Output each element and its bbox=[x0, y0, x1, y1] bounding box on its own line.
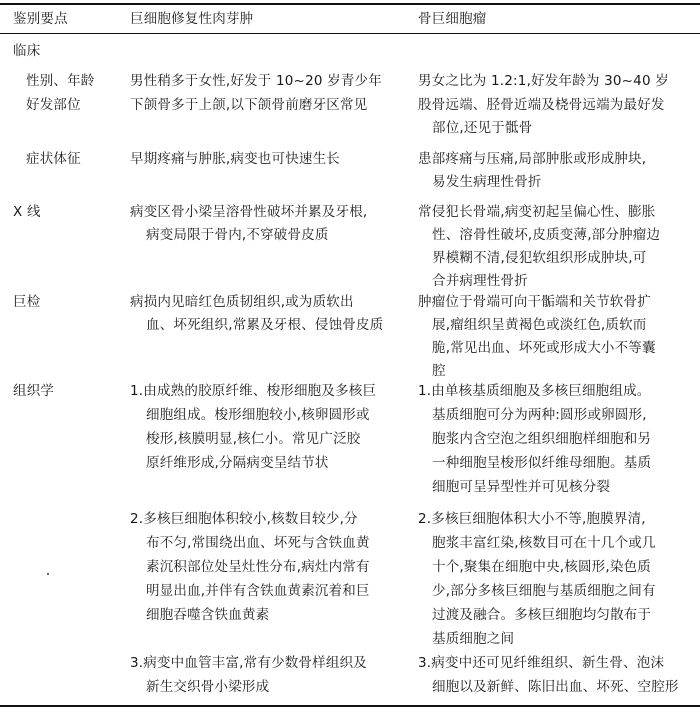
cell: 股骨远端、胫骨近端及桡骨远端为最好发 bbox=[418, 94, 665, 116]
bottom-rule bbox=[0, 705, 700, 707]
cell: 胞浆内含空泡之组织细胞样细胞和另 bbox=[432, 428, 651, 450]
cell: 肿瘤位于骨端可向干骺端和关节软骨扩 bbox=[418, 291, 651, 313]
cell: 2.多核巨细胞体积较小,核数目较少,分 bbox=[130, 508, 358, 530]
cell: 展,瘤组织呈黄褐色或淡红色,质软而 bbox=[432, 314, 646, 336]
row-label-site: 好发部位 bbox=[26, 94, 81, 116]
header-criteria: 鉴别要点 bbox=[13, 8, 68, 30]
cell: 易发生病理性骨折 bbox=[432, 171, 542, 193]
cell: 基质细胞可分为两种:圆形或卵圆形, bbox=[432, 404, 647, 426]
cell: 素沉积部位处呈灶性分布,病灶内常有 bbox=[146, 556, 370, 578]
cell: 界模糊不清,侵犯软组织形成肿块,可 bbox=[432, 247, 646, 269]
cell: 3.病变中还可见纤维组织、新生骨、泡沫 bbox=[418, 652, 664, 674]
header-rule bbox=[0, 33, 700, 34]
cell: 早期疼痛与肿胀,病变也可快速生长 bbox=[130, 148, 340, 170]
cell: 基质细胞之间 bbox=[432, 628, 514, 650]
row-label-symptoms: 症状体征 bbox=[26, 148, 81, 170]
cell: 十个,聚集在细胞中央,核圆形,染色质 bbox=[432, 556, 651, 578]
cell: 合并病理性骨折 bbox=[432, 270, 528, 292]
cell: 血、坏死组织,常累及牙根、侵蚀骨皮质 bbox=[146, 314, 383, 336]
row-label-gross: 巨检 bbox=[13, 291, 40, 313]
row-label-xray: X 线 bbox=[13, 201, 41, 223]
cell: 腔 bbox=[432, 360, 446, 382]
cell: 少,部分多核巨细胞与基质细胞之间有 bbox=[432, 580, 656, 602]
cell: 细胞组成。梭形细胞较小,核卵圆形或 bbox=[146, 404, 370, 426]
top-rule bbox=[0, 3, 700, 5]
cell: 2.多核巨细胞体积大小不等,胞膜界清, bbox=[418, 508, 646, 530]
cell: 病变局限于骨内,不穿破骨皮质 bbox=[146, 224, 329, 246]
cell: 布不匀,常围绕出血、坏死与含铁血黄 bbox=[146, 532, 370, 554]
cell: 过渡及融合。多核巨细胞均匀散布于 bbox=[432, 604, 651, 626]
section-clinical: 临床 bbox=[13, 40, 40, 62]
cell: 新生交织骨小梁形成 bbox=[146, 676, 269, 698]
cell: 胞浆丰富红染,核数目可在十几个或几 bbox=[432, 532, 656, 554]
row-label-histology: 组织学 bbox=[13, 380, 54, 402]
cell: 男性稍多于女性,好发于 10~20 岁青少年 bbox=[130, 70, 382, 92]
cell: 下颌骨多于上颌,以下颌骨前磨牙区常见 bbox=[130, 94, 367, 116]
cell: 常侵犯长骨端,病变初起呈偏心性、膨胀 bbox=[418, 201, 655, 223]
cell: 病变区骨小梁呈溶骨性破坏并累及牙根, bbox=[130, 201, 367, 223]
cell: 部位,还见于骶骨 bbox=[432, 117, 532, 139]
scan-speck bbox=[47, 573, 49, 575]
cell: 梭形,核膜明显,核仁小。常见广泛胶 bbox=[146, 428, 360, 450]
cell: 细胞可呈异型性并可见核分裂 bbox=[432, 476, 610, 498]
cell: 性、溶骨性破坏,皮质变薄,部分肿瘤边 bbox=[432, 224, 660, 246]
cell: 病损内见暗红色质韧组织,或为质软出 bbox=[130, 291, 354, 313]
header-giant-cell-granuloma: 巨细胞修复性肉芽肿 bbox=[130, 8, 253, 30]
header-giant-cell-tumor: 骨巨细胞瘤 bbox=[418, 8, 487, 30]
cell: 1.由单核基质细胞及多核巨细胞组成。 bbox=[418, 380, 650, 402]
cell: 细胞以及新鲜、陈旧出血、坏死、空腔形 bbox=[432, 676, 679, 698]
cell: 原纤维形成,分隔病变呈结节状 bbox=[146, 452, 329, 474]
row-label-sex-age: 性别、年龄 bbox=[26, 70, 95, 92]
cell: 一种细胞呈梭形似纤维母细胞。基质 bbox=[432, 452, 651, 474]
cell: 3.病变中血管丰富,常有少数骨样组织及 bbox=[130, 652, 367, 674]
cell: 1.由成熟的胶原纤维、梭形细胞及多核巨 bbox=[130, 380, 376, 402]
cell: 男女之比为 1.2:1,好发年龄为 30~40 岁 bbox=[418, 70, 669, 92]
cell: 细胞吞噬含铁血黄素 bbox=[146, 604, 269, 626]
cell: 脆,常见出血、坏死或形成大小不等囊 bbox=[432, 337, 656, 359]
cell: 患部疼痛与压痛,局部肿胀或形成肿块, bbox=[418, 148, 646, 170]
cell: 明显出血,并伴有含铁血黄素沉着和巨 bbox=[146, 580, 370, 602]
